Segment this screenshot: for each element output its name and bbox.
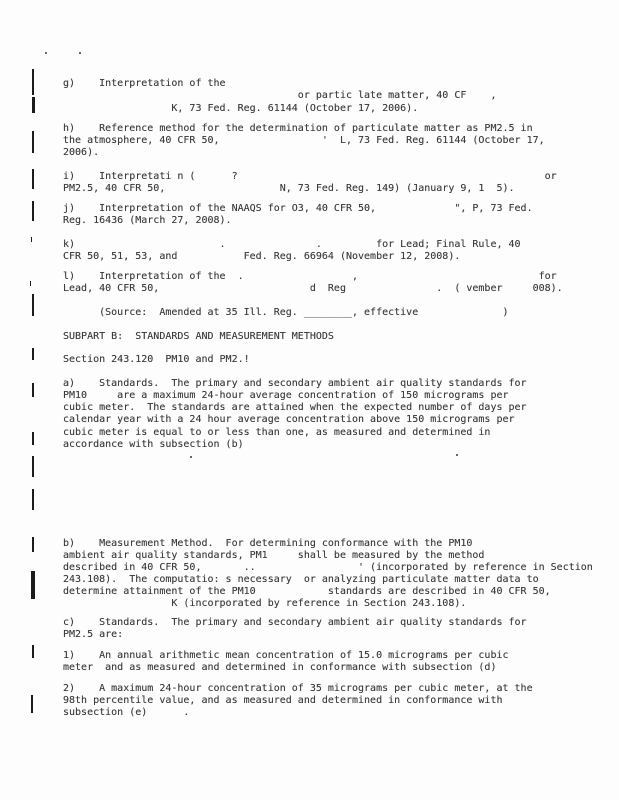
doc-line: accordance with subsection (b) [63,439,244,451]
doc-line: Lead, 40 CFR 50, d Reg . ( vember 008). [63,283,563,295]
doc-line: PM2.5 are: [63,629,123,641]
doc-line: h) Reference method for the determinatio… [63,123,533,135]
doc-line: determine attainment of the PM10 standar… [63,586,551,598]
doc-line: cubic meter is equal to or less than one… [63,427,490,439]
revision-bar [32,645,34,658]
revision-bar [32,537,34,552]
revision-bar [31,237,32,242]
doc-line: 2006). [63,147,99,159]
doc-line: K (incorporated by reference in Section … [63,598,466,610]
revision-bar [32,169,34,189]
doc-line: b) Measurement Method. For determining c… [63,538,472,550]
revision-bar [32,348,34,360]
noise-dot [456,454,458,456]
noise-dot [79,52,81,54]
revision-bar [32,97,35,113]
doc-line: i) Interpretati n ( ? or [63,171,557,183]
doc-line: or partic late matter, 40 CF , [63,90,496,102]
doc-line: cubic meter. The standards are attained … [63,402,527,414]
revision-bar [32,69,34,95]
doc-line: 243.108). The computatio: s necessary or… [63,574,539,586]
doc-line: c) Standards. The primary and secondary … [63,617,527,629]
doc-line: calendar year with a 24 hour average con… [63,414,515,426]
revision-bar [32,201,34,221]
revision-bar [31,571,35,599]
scanned-document-page: g) Interpretation of the or partic late … [0,0,619,800]
revision-bar [32,432,34,445]
noise-dot [45,52,47,54]
doc-line: PM10 are a maximum 24-hour average conce… [63,390,509,402]
doc-line: g) Interpretation of the [63,78,226,90]
doc-line: Section 243.120 PM10 and PM2.! [63,354,250,366]
doc-line: CFR 50, 51, 53, and Fed. Reg. 66964 (Nov… [63,251,460,263]
revision-bar [30,281,31,286]
doc-line: the atmosphere, 40 CFR 50, ' L, 73 Fed. … [63,135,545,147]
revision-bar [32,456,34,477]
doc-line: k) . . for Lead; Final Rule, 40 [63,239,521,251]
revision-bar [32,383,34,397]
doc-line: described in 40 CFR 50, .. ' (incorporat… [63,562,593,574]
doc-line: SUBPART B: STANDARDS AND MEASUREMENT MET… [63,331,334,343]
revision-bar [31,695,33,713]
revision-bar [32,489,34,510]
doc-line: 98th percentile value, and as measured a… [63,695,503,707]
noise-dot [190,456,192,458]
doc-line: 2) A maximum 24-hour concentration of 35… [63,683,533,695]
doc-line: subsection (e) . [63,707,189,719]
doc-line: Reg. 16436 (March 27, 2008). [63,215,232,227]
revision-bar [32,131,34,153]
doc-line: PM2.5, 40 CFR 50, N, 73 Fed. Reg. 149) (… [63,183,515,195]
doc-line: K, 73 Fed. Reg. 61144 (October 17, 2006)… [63,103,418,115]
doc-line: 1) An annual arithmetic mean concentrati… [63,650,509,662]
doc-line: l) Interpretation of the . , for [63,271,557,283]
doc-line: j) Interpretation of the NAAQS for O3, 4… [63,203,533,215]
revision-bar [32,294,34,316]
doc-line: ambient air quality standards, PM1 shall… [63,550,484,562]
doc-line: meter and as measured and determined in … [63,662,496,674]
doc-line: a) Standards. The primary and secondary … [63,378,527,390]
doc-line: (Source: Amended at 35 Ill. Reg. _______… [63,307,509,319]
